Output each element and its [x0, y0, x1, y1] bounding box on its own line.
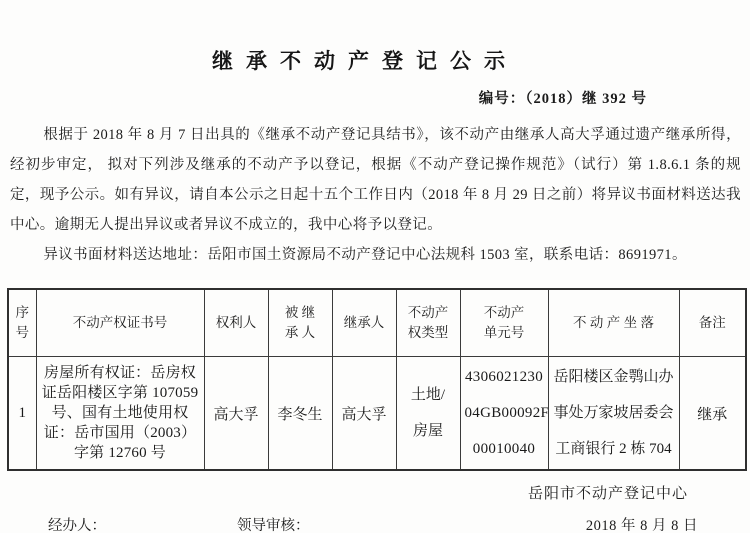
header-decedent: 被 继 承 人	[268, 289, 332, 357]
signature-row: 经办人： 领导审核： 2018 年 8 月 8 日	[0, 514, 750, 533]
notice-paragraph: 根据于 2018 年 8 月 7 日出具的《继承不动产登记具结书》，该不动产由继…	[10, 120, 741, 240]
issuing-authority: 岳阳市不动产登记中心	[0, 482, 750, 503]
reviewer-label: 领导审核：	[237, 514, 310, 533]
header-certificate-no: 不动产权证书号	[36, 289, 204, 357]
cell-property-type: 土地/ 房屋	[396, 357, 460, 471]
cell-remark: 继承	[679, 357, 746, 471]
table-header-row: 序 号 不动产权证书号 权利人 被 继 承 人 继承人 不动产 权类型 不动产 …	[8, 289, 746, 357]
cell-unit-no: 4306021230 04GB00092F 00010040	[460, 357, 548, 471]
cell-certificate-no: 房屋所有权证：岳房权证岳阳楼区字第 107059 号、国有土地使用权证：岳市国用…	[36, 357, 204, 471]
table-row: 1 房屋所有权证：岳房权证岳阳楼区字第 107059 号、国有土地使用权证：岳市…	[8, 357, 746, 471]
cell-decedent: 李冬生	[268, 357, 332, 471]
cell-location: 岳阳楼区金鹗山办 事处万家坡居委会 工商银行 2 栋 704	[548, 357, 679, 471]
page-title: 继承不动产登记公示	[0, 45, 750, 75]
registration-table: 序 号 不动产权证书号 权利人 被 继 承 人 继承人 不动产 权类型 不动产 …	[7, 288, 747, 471]
scanned-notice-page: 继承不动产登记公示 编号：（2018）继 392 号 根据于 2018 年 8 …	[0, 0, 750, 533]
header-remark: 备注	[679, 289, 746, 357]
cell-seq: 1	[8, 357, 36, 471]
handler-label: 经办人：	[48, 514, 106, 533]
header-right-holder: 权利人	[204, 289, 268, 357]
issue-date: 2018 年 8 月 8 日	[586, 514, 698, 533]
header-seq: 序 号	[8, 289, 36, 357]
header-heir: 继承人	[332, 289, 396, 357]
objection-address-line: 异议书面材料送达地址：岳阳市国土资源局不动产登记中心法规科 1503 室，联系电…	[10, 240, 741, 270]
cell-heir: 高大孚	[332, 357, 396, 471]
header-unit-no: 不动产 单元号	[460, 289, 548, 357]
cell-right-holder: 高大孚	[204, 357, 268, 471]
header-location: 不 动 产 坐 落	[548, 289, 679, 357]
notice-body: 根据于 2018 年 8 月 7 日出具的《继承不动产登记具结书》，该不动产由继…	[10, 120, 741, 270]
header-property-type: 不动产 权类型	[396, 289, 460, 357]
document-number: 编号：（2018）继 392 号	[0, 87, 750, 108]
